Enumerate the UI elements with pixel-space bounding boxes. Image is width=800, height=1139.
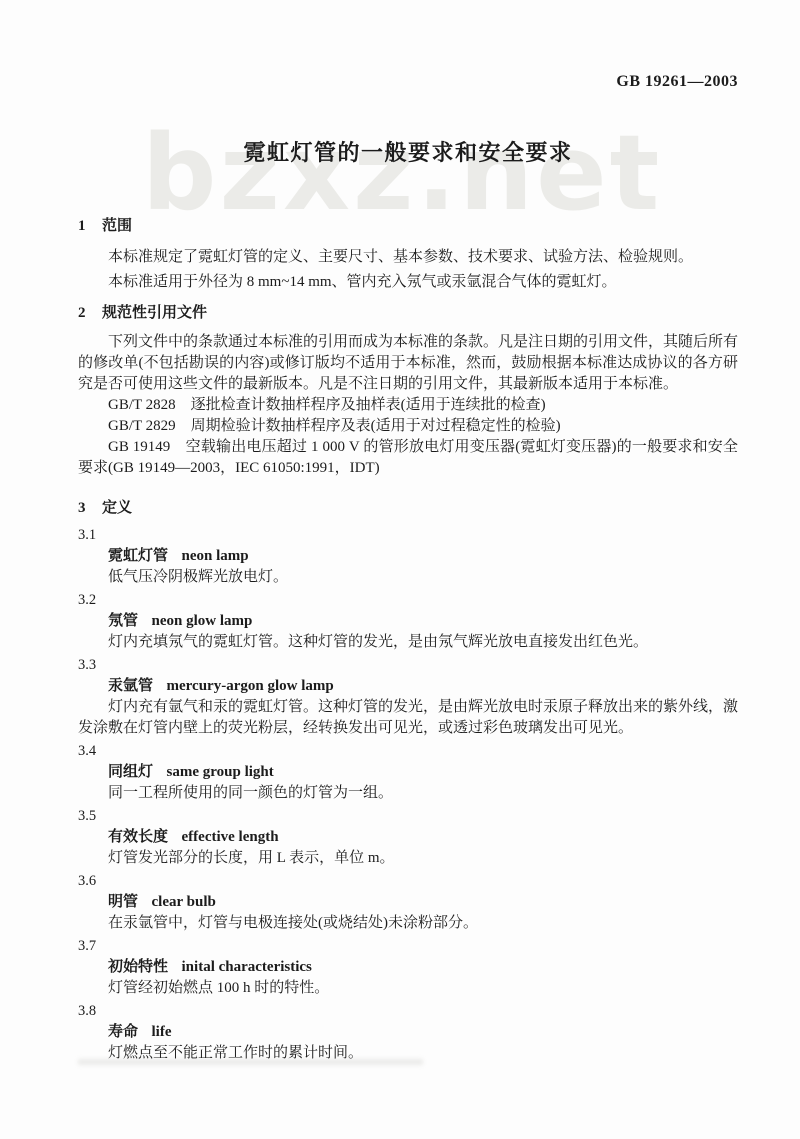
definition-body: 灯管经初始燃点 100 h 时的特性。 bbox=[78, 978, 738, 999]
section-label: 范围 bbox=[102, 218, 132, 234]
term-en: effective length bbox=[182, 829, 279, 845]
scope-paragraph: 本标准规定了霓虹灯管的定义、主要尺寸、基本参数、技术要求、试验方法、检验规则。 bbox=[78, 245, 738, 270]
definition-number: 3.5 bbox=[78, 806, 738, 827]
definition-body: 同一工程所使用的同一颜色的灯管为一组。 bbox=[78, 783, 738, 804]
definition-body: 灯内充填氖气的霓虹灯管。这种灯管的发光，是由氖气辉光放电直接发出红色光。 bbox=[78, 632, 738, 653]
term-en: life bbox=[152, 1024, 172, 1040]
definition-term: 霓虹灯管neon lamp bbox=[108, 546, 738, 567]
term-en: inital characteristics bbox=[182, 959, 312, 975]
definition-body: 在汞氩管中，灯管与电极连接处(或烧结处)未涂粉部分。 bbox=[78, 913, 738, 934]
section-number: 2 bbox=[78, 305, 86, 321]
definition-number: 3.7 bbox=[78, 936, 738, 957]
definition-body: 灯内充有氩气和汞的霓虹灯管。这种灯管的发光，是由辉光放电时汞原子释放出来的紫外线… bbox=[78, 697, 738, 739]
term-zh: 霓虹灯管 bbox=[108, 548, 168, 564]
definition-term: 明管clear bulb bbox=[108, 892, 738, 913]
definition-term: 同组灯same group light bbox=[108, 762, 738, 783]
standard-number: GB 19261—2003 bbox=[78, 0, 738, 92]
definition-body: 灯管发光部分的长度，用 L 表示，单位 m。 bbox=[78, 848, 738, 869]
definition-number: 3.6 bbox=[78, 871, 738, 892]
term-zh: 氖管 bbox=[108, 613, 138, 629]
term-en: mercury-argon glow lamp bbox=[167, 678, 334, 694]
definition-number: 3.3 bbox=[78, 655, 738, 676]
definition-body: 低气压冷阴极辉光放电灯。 bbox=[78, 567, 738, 588]
term-zh: 有效长度 bbox=[108, 829, 168, 845]
scope-paragraph: 本标准适用于外径为 8 mm~14 mm、管内充入氖气或汞氩混合气体的霓虹灯。 bbox=[78, 270, 738, 295]
reference-item: GB 19149 空载输出电压超过 1 000 V 的管形放电灯用变压器(霓虹灯… bbox=[78, 437, 738, 479]
term-en: clear bulb bbox=[152, 894, 216, 910]
section-label: 定义 bbox=[102, 500, 132, 516]
normative-references-paragraph: 下列文件中的条款通过本标准的引用而成为本标准的条款。凡是注日期的引用文件，其随后… bbox=[78, 332, 738, 395]
definition-term: 寿命life bbox=[108, 1022, 738, 1043]
term-zh: 同组灯 bbox=[108, 764, 153, 780]
definition-number: 3.8 bbox=[78, 1001, 738, 1022]
definition-body: 灯燃点至不能正常工作时的累计时间。 bbox=[78, 1043, 738, 1064]
section-heading-scope: 1范围 bbox=[78, 216, 738, 236]
definition-term: 初始特性inital characteristics bbox=[108, 957, 738, 978]
term-zh: 明管 bbox=[108, 894, 138, 910]
definition-term: 氖管neon glow lamp bbox=[108, 611, 738, 632]
term-zh: 寿命 bbox=[108, 1024, 138, 1040]
reference-item: GB/T 2828 逐批检查计数抽样程序及抽样表(适用于连续批的检查) bbox=[78, 395, 738, 416]
document-page: bzxz.net GB 19261—2003 霓虹灯管的一般要求和安全要求 1范… bbox=[0, 0, 800, 1139]
section-heading-definitions: 3定义 bbox=[78, 498, 738, 518]
definition-number: 3.1 bbox=[78, 525, 738, 546]
term-en: neon glow lamp bbox=[152, 613, 253, 629]
term-en: neon lamp bbox=[182, 548, 249, 564]
term-zh: 初始特性 bbox=[108, 959, 168, 975]
term-en: same group light bbox=[167, 764, 274, 780]
section-number: 3 bbox=[78, 500, 86, 516]
section-label: 规范性引用文件 bbox=[102, 305, 207, 321]
section-number: 1 bbox=[78, 218, 86, 234]
definition-number: 3.4 bbox=[78, 741, 738, 762]
document-title: 霓虹灯管的一般要求和安全要求 bbox=[78, 138, 738, 168]
document-content: GB 19261—2003 霓虹灯管的一般要求和安全要求 1范围 本标准规定了霓… bbox=[0, 0, 800, 1064]
reference-item: GB/T 2829 周期检验计数抽样程序及表(适用于对过程稳定性的检验) bbox=[78, 416, 738, 437]
term-zh: 汞氩管 bbox=[108, 678, 153, 694]
definition-term: 有效长度effective length bbox=[108, 827, 738, 848]
definition-number: 3.2 bbox=[78, 590, 738, 611]
section-heading-normative-references: 2规范性引用文件 bbox=[78, 303, 738, 323]
definition-term: 汞氩管mercury-argon glow lamp bbox=[108, 676, 738, 697]
